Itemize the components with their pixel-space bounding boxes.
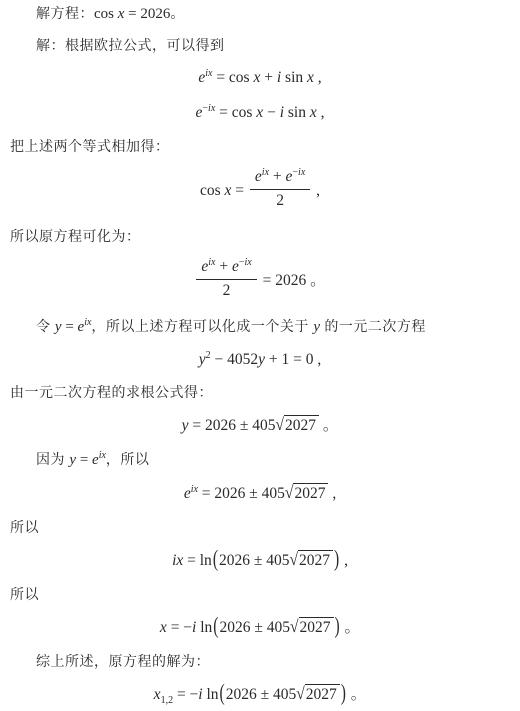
cosine-identity: cos x = eix + e−ix2 , <box>10 169 510 214</box>
inline-math: y = eix <box>69 452 106 468</box>
math-subscript: 1,2 <box>161 695 174 706</box>
math-roman: = <box>62 319 78 335</box>
math-roman: ln <box>196 619 212 636</box>
math-variable: ix <box>298 167 305 178</box>
math-square-root: √2027 <box>296 684 340 706</box>
radicand: 2027 <box>284 415 319 437</box>
math-roman: 2 <box>276 192 284 209</box>
open-paren: ( <box>219 679 226 710</box>
substitution-note: 令 y = eix，所以上述方程可以化成一个关于 y 的一元二次方程 <box>10 318 510 336</box>
math-roman: = 2026 ± 405 <box>198 485 285 502</box>
chinese-text: 所以 <box>10 519 39 535</box>
document-body: 解方程：cos x = 2026。解：根据欧拉公式，可以得到eix = cos … <box>10 5 510 706</box>
chinese-text: 解方程： <box>36 5 94 21</box>
radicand: 2027 <box>298 550 333 572</box>
math-roman: 2026 ± 405 <box>219 552 290 569</box>
math-variable: x <box>154 686 161 703</box>
math-variable: e <box>255 168 262 185</box>
math-variable: ix <box>172 552 183 569</box>
math-roman: = ln <box>183 552 212 569</box>
math-roman: 2027 <box>294 485 325 502</box>
math-roman: 2026 ± 405 <box>219 619 290 636</box>
math-roman: + <box>215 258 232 275</box>
euler-formula-minus: e−ix = cos x − i sin x , <box>10 103 510 124</box>
chinese-text: 由一元二次方程的求根公式得： <box>10 384 213 400</box>
fraction-denominator: 2 <box>196 280 256 302</box>
math-roman: 2027 <box>300 619 331 636</box>
chinese-text: ，所以上述方程可以化成一个关于 <box>91 318 313 334</box>
math-roman: cos <box>200 182 225 199</box>
math-variable: e <box>184 485 191 502</box>
transformed-equation: eix + e−ix2 = 2026 。 <box>10 259 510 304</box>
math-roman: + <box>260 69 277 86</box>
math-roman: , <box>328 485 336 502</box>
math-roman: 。 <box>319 417 338 434</box>
therefore-note-2: 所以 <box>10 586 510 603</box>
math-fraction: eix + e−ix2 <box>250 167 310 212</box>
inline-math: y = eix <box>55 319 92 335</box>
math-roman: = 2026 ± 405 <box>188 417 275 434</box>
chinese-text: 所以 <box>10 586 39 602</box>
fraction-numerator: eix + e−ix <box>250 167 310 190</box>
ix-equation: ix = ln(2026 ± 405√2027) , <box>10 550 510 572</box>
y-solution: y = 2026 ± 405√2027 。 <box>10 415 510 437</box>
math-superscript: −ix <box>292 167 305 178</box>
math-variable: ix <box>191 484 198 495</box>
therefore-note-1: 所以 <box>10 519 510 536</box>
quadratic-formula-note: 由一元二次方程的求根公式得： <box>10 384 510 401</box>
quadratic-equation: y2 − 4052y + 1 = 0 , <box>10 350 510 371</box>
math-roman: , <box>340 552 348 569</box>
radicand: 2027 <box>299 617 334 639</box>
chinese-text: 所以原方程可化为： <box>10 228 141 244</box>
math-roman: 2026 ± 405 <box>226 686 297 703</box>
math-superscript: ix <box>191 484 198 495</box>
math-variable: x <box>307 69 314 86</box>
math-square-root: √2027 <box>290 550 334 572</box>
math-variable: x <box>310 104 317 121</box>
chinese-text: 令 <box>36 318 55 334</box>
math-roman: 2 <box>223 282 231 299</box>
problem-statement: 解方程：cos x = 2026。 <box>10 5 510 23</box>
euler-formula-plus: eix = cos x + i sin x , <box>10 68 510 89</box>
inline-math: y <box>313 319 320 335</box>
chinese-text: 。 <box>170 5 185 21</box>
radicand: 2027 <box>305 684 340 706</box>
math-variable: ix <box>245 257 252 268</box>
math-square-root: √2027 <box>285 483 329 505</box>
math-superscript: ix <box>262 167 269 178</box>
fraction-numerator: eix + e−ix <box>196 257 256 280</box>
inline-math: cos x = 2026 <box>94 6 170 22</box>
math-variable: y <box>55 319 62 335</box>
math-variable: y <box>258 351 265 368</box>
math-variable: ix <box>262 167 269 178</box>
math-variable: ix <box>99 450 106 461</box>
math-superscript: −ix <box>239 257 252 268</box>
math-roman: 1,2 <box>161 695 174 706</box>
close-paren: ) <box>333 546 340 577</box>
math-roman: = <box>76 452 92 468</box>
math-variable: x <box>160 619 167 636</box>
close-paren: ) <box>340 679 347 710</box>
math-roman: = 2026 <box>124 6 170 22</box>
math-roman: + <box>269 168 286 185</box>
math-roman: = cos <box>212 69 253 86</box>
math-roman: , <box>317 104 325 121</box>
math-fraction: eix + e−ix2 <box>196 257 256 302</box>
math-square-root: √2027 <box>290 617 334 639</box>
math-variable: e <box>92 452 99 468</box>
chinese-text: 解：根据欧拉公式，可以得到 <box>36 37 225 53</box>
math-roman: 。 <box>347 686 366 703</box>
math-roman: = cos <box>215 104 256 121</box>
open-paren: ( <box>212 546 219 577</box>
close-paren: ) <box>334 612 341 643</box>
transform-note: 所以原方程可化为： <box>10 228 510 245</box>
back-substitution-note: 因为 y = eix，所以 <box>10 451 510 469</box>
chinese-text: 综上所述，原方程的解为： <box>36 653 210 669</box>
math-solution-document: 解方程：cos x = 2026。解：根据欧拉公式，可以得到eix = cos … <box>0 0 520 706</box>
math-roman: 。 <box>341 619 360 636</box>
math-roman: = <box>231 182 248 199</box>
exp-equation: eix = 2026 ± 405√2027 , <box>10 483 510 505</box>
open-paren: ( <box>212 612 219 643</box>
chinese-text: ，所以 <box>106 451 150 467</box>
x-solution: x = −i ln(2026 ± 405√2027) 。 <box>10 617 510 639</box>
math-roman: ln <box>203 686 219 703</box>
chinese-text: 把上述两个等式相加得： <box>10 138 170 154</box>
radical-sign: √ <box>290 550 299 573</box>
solution-intro: 解：根据欧拉公式，可以得到 <box>10 37 510 54</box>
math-roman: + 1 = 0 , <box>265 351 321 368</box>
math-variable: y <box>313 319 320 335</box>
radical-sign: √ <box>275 415 284 438</box>
math-superscript: ix <box>99 450 106 461</box>
conclusion-note: 综上所述，原方程的解为： <box>10 653 510 670</box>
radicand: 2027 <box>293 483 328 505</box>
chinese-text: 因为 <box>36 451 69 467</box>
add-equations-note: 把上述两个等式相加得： <box>10 138 510 155</box>
math-square-root: √2027 <box>275 415 319 437</box>
math-roman: − <box>263 104 280 121</box>
math-superscript: −ix <box>202 103 215 114</box>
math-roman: = 2026 。 <box>259 272 326 289</box>
math-roman: 2027 <box>299 552 330 569</box>
math-roman: cos <box>94 6 118 22</box>
radical-sign: √ <box>290 617 299 640</box>
math-roman: sin <box>281 69 307 86</box>
math-variable: e <box>232 258 239 275</box>
math-roman: , <box>312 182 320 199</box>
math-roman: 2027 <box>285 417 316 434</box>
chinese-text: 的一元二次方程 <box>320 318 426 334</box>
final-answer: x1,2 = −i ln(2026 ± 405√2027) 。 <box>10 684 510 706</box>
math-roman: = − <box>167 619 192 636</box>
math-roman: , <box>314 69 322 86</box>
math-roman: − 4052 <box>211 351 259 368</box>
fraction-denominator: 2 <box>250 190 310 212</box>
math-variable: y <box>199 351 206 368</box>
radical-sign: √ <box>296 684 305 707</box>
math-roman: sin <box>284 104 310 121</box>
math-roman: 2027 <box>306 686 337 703</box>
radical-sign: √ <box>285 483 294 506</box>
math-roman: = − <box>173 686 198 703</box>
